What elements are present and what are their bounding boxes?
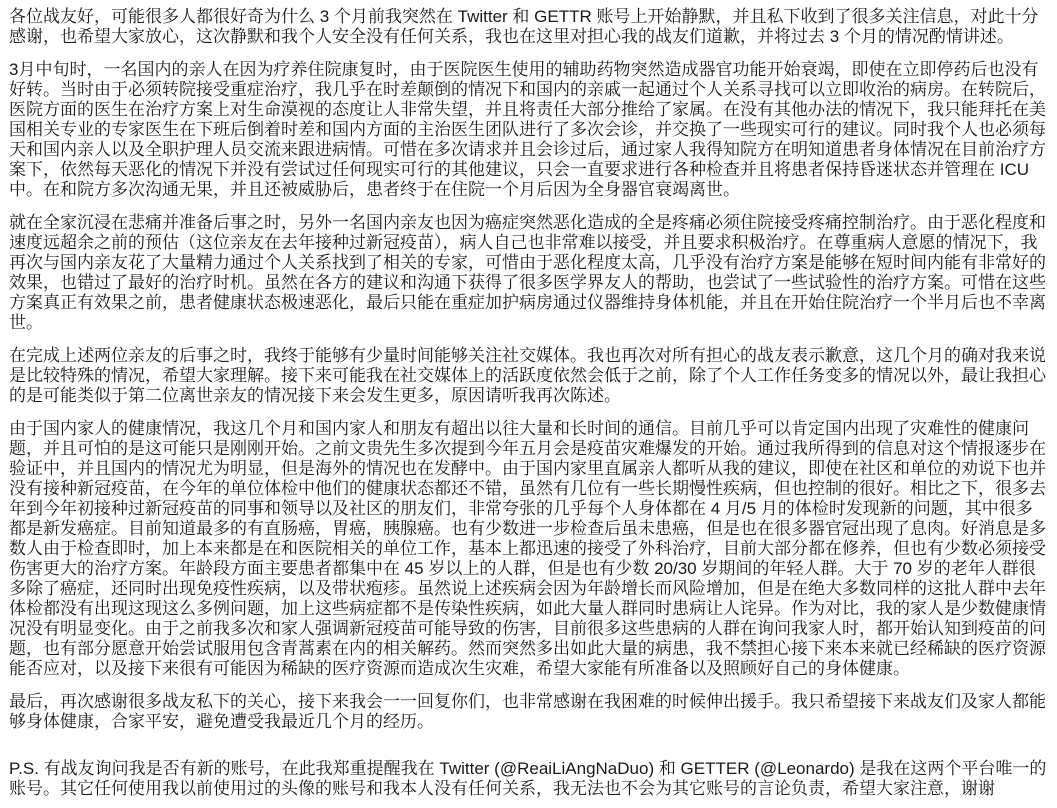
paragraph-apology: 在完成上述两位亲友的后事之时，我终于能够有少量时间能够关注社交媒体。我也再次对所…: [9, 346, 1048, 406]
paragraph-postscript: P.S. 有战友询问我是否有新的账号，在此我郑重提醒我在 Twitter (@R…: [9, 759, 1048, 799]
paragraph-second-relative: 就在全家沉浸在悲痛并准备后事之时，另外一名国内亲友也因为癌症突然恶化造成的全是疼…: [9, 213, 1048, 333]
paragraph-thanks: 最后，再次感谢很多战友私下的关心，接下来我会一一回复你们，也非常感谢在我困难的时…: [9, 692, 1048, 732]
paragraph-health-disaster: 由于国内家人的健康情况，我这几个月和国内家人和朋友有超出以往大量和长时间的通信。…: [9, 419, 1048, 679]
paragraph-first-relative: 3月中旬时，一名国内的亲人在因为疗养住院康复时，由于医院医生使用的辅助药物突然造…: [9, 60, 1048, 200]
statement-document: 各位战友好，可能很多人都很好奇为什么 3 个月前我突然在 Twitter 和 G…: [0, 0, 1057, 808]
paragraph-greeting: 各位战友好，可能很多人都很好奇为什么 3 个月前我突然在 Twitter 和 G…: [9, 7, 1048, 47]
